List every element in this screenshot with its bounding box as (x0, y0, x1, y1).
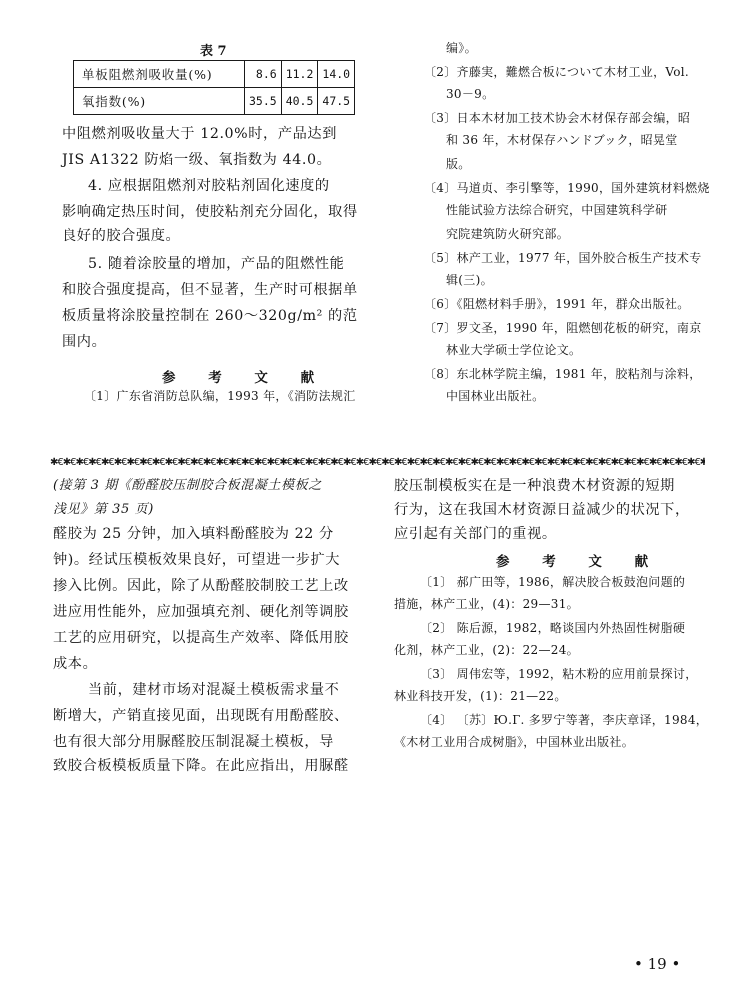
table-cell: 35.5 (245, 88, 282, 115)
reference-item: 化剂，林产工业，(2)：22—24。 (394, 642, 579, 658)
text-line: 板质量将涂胶量控制在 260～320g/m² 的范 (62, 308, 358, 324)
text-line: JIS A1322 防焰一级、氧指数为 44.0。 (62, 152, 331, 168)
references-heading: 参 考 文 献 (496, 550, 662, 570)
reference-item: 〔3〕日本木材加工技术协会木材保存部会编，昭 (424, 110, 690, 126)
reference-item: 〔1〕广东省消防总队编，1993 年，《消防法规汇 (84, 388, 356, 404)
reference-item: 《木材工业用合成树脂》，中国林业出版社。 (394, 734, 634, 750)
text-line: 钟)。经试压模板效果良好，可望进一步扩大 (53, 552, 340, 568)
text-line: 行为，这在我国木材资源日益减少的状况下， (394, 502, 690, 518)
reference-item: 中国林业出版社。 (446, 388, 544, 404)
table-row: 单板阻燃剂吸收量(%) 8.6 11.2 14.0 (74, 61, 355, 88)
reference-item: 〔4〕 〔苏〕Ю.Г. 多罗宁等著，李庆章译，1984， (420, 712, 708, 728)
text-line: 影响确定热压时间，使胶粘剂充分固化，取得 (62, 204, 358, 220)
text-line: 中阻燃剂吸收量大于 12.0%时，产品达到 (62, 126, 337, 142)
reference-item: 林业大学硕士学位论文。 (446, 342, 581, 358)
table-row-label: 氧指数(%) (74, 88, 245, 115)
reference-item: 〔1〕 郝广田等，1986，解决胶合板鼓泡问题的 (420, 574, 685, 590)
reference-item: 编》。 (446, 40, 477, 56)
reference-item: 性能试验方法综合研究，中国建筑科学研 (446, 202, 667, 218)
reference-item: 〔2〕齐藤実，難燃合板について木材工业，Vol. (424, 64, 689, 80)
text-line: 掺入比例。因此，除了从酚醛胶制胶工艺上改 (53, 578, 349, 594)
text-line: 和胶合强度提高，但不显著，生产时可根据单 (62, 282, 358, 298)
continuation-note: (接第 3 期《酚醛胶压制胶合板混凝土模板之 (53, 478, 322, 494)
table-caption: 表 7 (200, 40, 227, 59)
text-line: 工艺的应用研究，以提高生产效率、降低用胶 (53, 630, 349, 646)
reference-item: 〔3〕 周伟宏等，1992，粘木粉的应用前景探讨， (420, 666, 698, 682)
text-line: 5. 随着涂胶量的增加，产品的阻燃性能 (88, 256, 344, 272)
page-number: • 19 • (634, 955, 680, 973)
reference-item: 〔7〕罗文圣，1990 年，阻燃刨花板的研究，南京 (424, 320, 702, 336)
reference-item: 林业科技开发，(1)：21—22。 (394, 688, 567, 704)
text-line: 胶压制模板实在是一种浪费木材资源的短期 (394, 478, 675, 494)
table-row: 氧指数(%) 35.5 40.5 47.5 (74, 88, 355, 115)
text-line: 4. 应根据阻燃剂对胶粘剂固化速度的 (88, 178, 330, 194)
text-line: 应引起有关部门的重视。 (394, 526, 557, 542)
text-line: 成本。 (53, 656, 97, 672)
reference-item: 辑(三)。 (446, 272, 493, 288)
reference-item: 〔8〕东北林学院主编，1981 年，胶粘剂与涂料， (424, 366, 702, 382)
table-cell: 40.5 (281, 88, 318, 115)
text-line: 醛胶为 25 分钟，加入填料酚醛胶为 22 分 (53, 526, 334, 542)
reference-item: 30－9。 (446, 86, 494, 102)
text-line: 也有很大部分用脲醛胶压制混凝土模板，导 (53, 734, 334, 750)
text-line: 当前，建材市场对混凝土模板需求量不 (88, 682, 339, 698)
table-row-label: 单板阻燃剂吸收量(%) (74, 61, 245, 88)
table-cell: 11.2 (281, 61, 318, 88)
table-cell: 47.5 (318, 88, 355, 115)
reference-item: 和 36 年，木材保存ハンドブック，昭晃堂 (446, 132, 678, 148)
reference-item: 〔2〕 陈后源，1982，略谈国内外热固性树脂硬 (420, 620, 685, 636)
text-line: 进应用性能外，应加强填充剂、硬化剂等调胶 (53, 604, 349, 620)
text-line: 断增大，产销直接见面，出现既有用酚醛胶、 (53, 708, 349, 724)
table-7: 单板阻燃剂吸收量(%) 8.6 11.2 14.0 氧指数(%) 35.5 40… (73, 60, 355, 115)
reference-item: 〔5〕林产工业，1977 年，国外胶合板生产技术专 (424, 250, 702, 266)
reference-item: 版。 (446, 156, 471, 172)
continuation-note: 浅见》第 35 页) (53, 502, 154, 518)
text-line: 致胶合板模板质量下降。在此应指出，用脲醛 (53, 758, 349, 774)
text-line: 围内。 (62, 334, 106, 350)
table-cell: 8.6 (245, 61, 282, 88)
reference-item: 〔6〕《阻燃材料手册》，1991 年，群众出版社。 (424, 296, 690, 312)
table-cell: 14.0 (318, 61, 355, 88)
text-line: 良好的胶合强度。 (62, 228, 180, 244)
decorative-divider: ✱€✱€✱€✱€✱€✱€✱€✱€✱€✱€✱€✱€✱€✱€✱€✱€✱€✱€✱€✱€… (50, 456, 705, 470)
references-heading: 参 考 文 献 (162, 366, 328, 386)
reference-item: 〔4〕马道贞、李引擎等，1990，国外建筑材料燃烧 (424, 180, 710, 196)
reference-item: 措施，林产工业，(4)：29—31。 (394, 596, 579, 612)
reference-item: 究院建筑防火研究部。 (446, 226, 569, 242)
